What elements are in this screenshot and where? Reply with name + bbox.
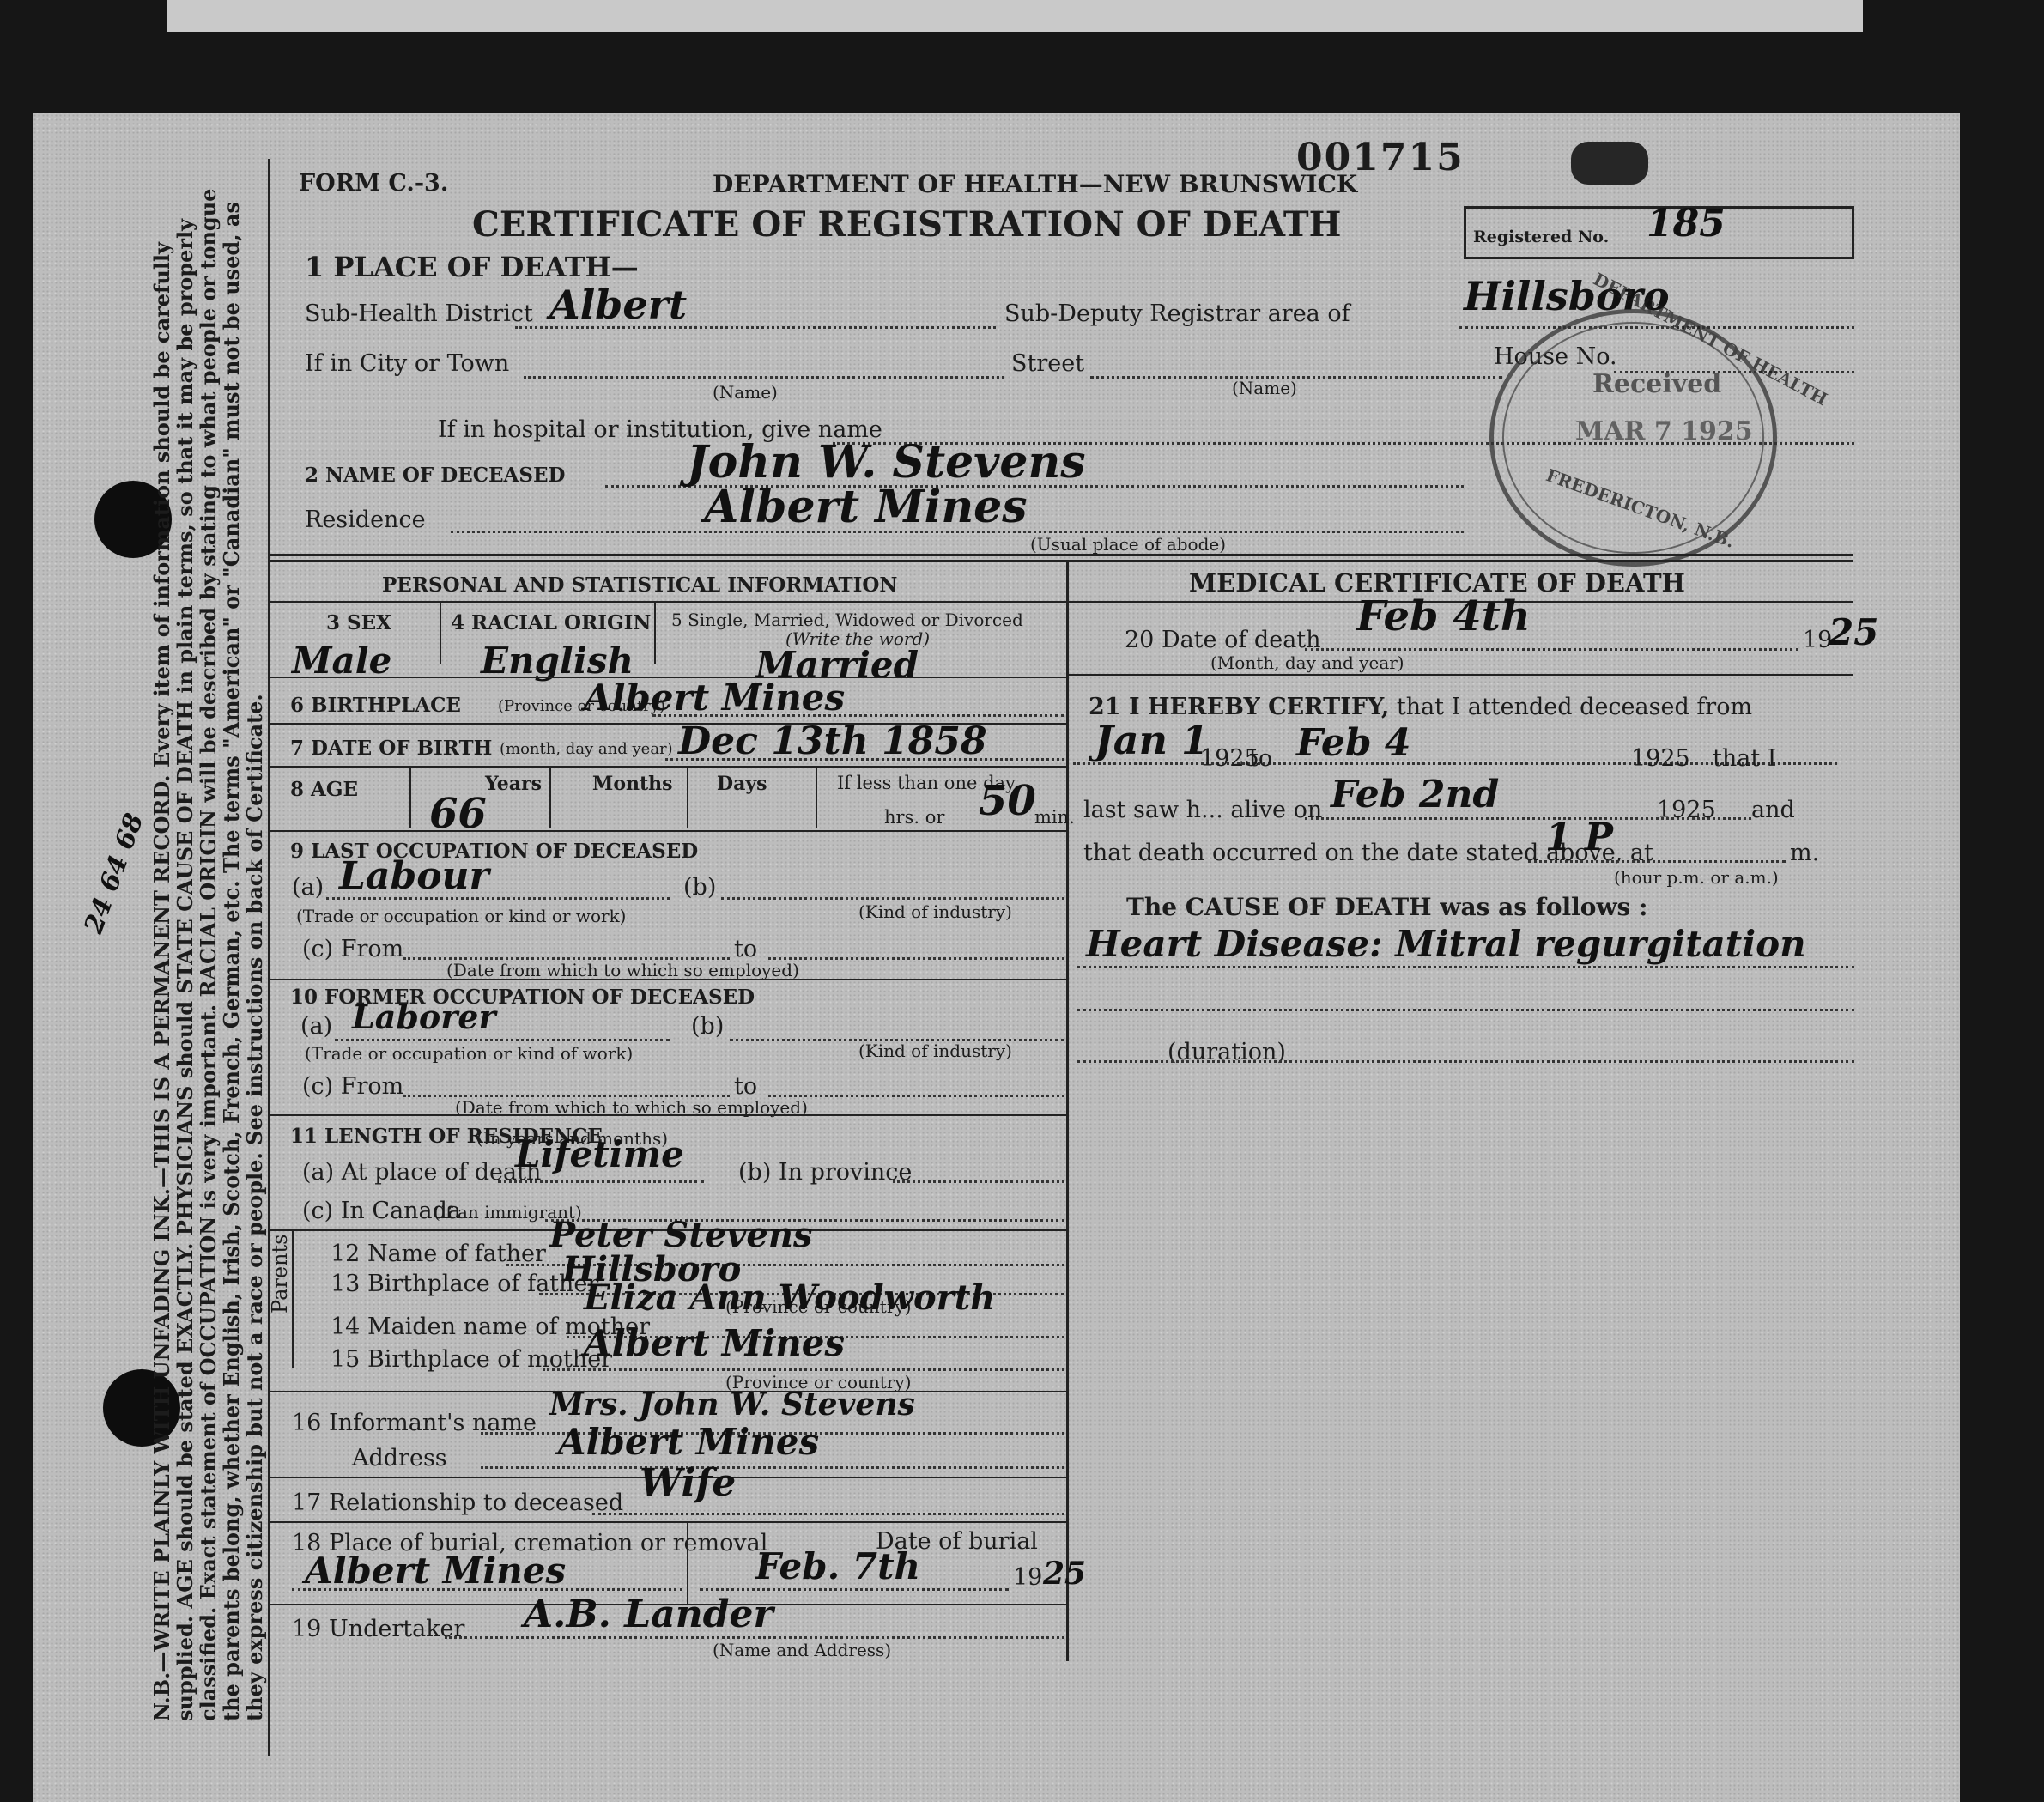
date-of-birth-field[interactable]: Dec 13th 1858 — [678, 719, 987, 763]
burial-year-field[interactable]: 25 — [1043, 1556, 1086, 1592]
top-strip — [167, 0, 1863, 32]
burial-date-field[interactable]: Feb. 7th — [755, 1545, 920, 1587]
informant-address-field[interactable]: Albert Mines — [558, 1421, 819, 1463]
column-divider — [1066, 562, 1069, 1661]
left-border — [268, 159, 270, 1756]
attended-to-field[interactable]: Feb 4 — [1296, 721, 1411, 765]
mother-maiden-name-field[interactable]: Eliza Ann Woodworth — [584, 1277, 995, 1318]
last-occupation-field[interactable]: Labour — [339, 854, 489, 898]
death-year-field[interactable]: 25 — [1829, 611, 1878, 653]
undertaker-field[interactable]: A.B. Lander — [524, 1593, 773, 1636]
cause-of-death-field[interactable]: Heart Disease: Mitral regurgitation — [1086, 923, 1806, 965]
residence-field[interactable]: Albert Mines — [704, 481, 1028, 533]
department-title: DEPARTMENT OF HEALTH—NEW BRUNSWICK — [713, 170, 1357, 198]
redaction-blot — [1571, 142, 1648, 185]
sex-field[interactable]: Male — [292, 640, 391, 682]
sub-health-district-field[interactable]: Albert — [549, 282, 687, 328]
form-code: FORM C.-3. — [299, 170, 448, 197]
registered-no-box: Registered No. 185 — [1464, 206, 1854, 259]
registered-no-value[interactable]: 185 — [1647, 202, 1726, 246]
former-occupation-field[interactable]: Laborer — [352, 998, 495, 1036]
margin-instructions: N.B.—WRITE PLAINLY WITH UNFADING INK.—TH… — [150, 176, 266, 1721]
time-of-death-field[interactable]: 1 P — [1545, 816, 1613, 859]
informant-name-field[interactable]: Mrs. John W. Stevens — [549, 1386, 915, 1423]
relationship-field[interactable]: Wife — [640, 1461, 736, 1505]
received-stamp: DEPARTMENT OF HEALTH Received MAR 7 1925… — [1489, 309, 1777, 567]
mother-birthplace-field[interactable]: Albert Mines — [584, 1322, 845, 1364]
attended-from-field[interactable]: Jan 1 — [1095, 717, 1209, 763]
burial-place-field[interactable]: Albert Mines — [305, 1550, 566, 1592]
age-minutes-field[interactable]: 50 — [979, 777, 1036, 825]
residence-at-place-field[interactable]: Lifetime — [515, 1133, 684, 1175]
racial-origin-field[interactable]: English — [481, 640, 634, 682]
personal-section-heading: PERSONAL AND STATISTICAL INFORMATION — [382, 573, 897, 597]
birthplace-field[interactable]: Albert Mines — [584, 677, 845, 719]
date-of-death-field[interactable]: Feb 4th — [1356, 592, 1531, 640]
last-saw-alive-field[interactable]: Feb 2nd — [1331, 773, 1499, 816]
serial-number: 001715 — [1296, 136, 1465, 179]
certificate-title: CERTIFICATE OF REGISTRATION OF DEATH — [472, 204, 1341, 245]
parents-label: Parents — [268, 1235, 292, 1314]
